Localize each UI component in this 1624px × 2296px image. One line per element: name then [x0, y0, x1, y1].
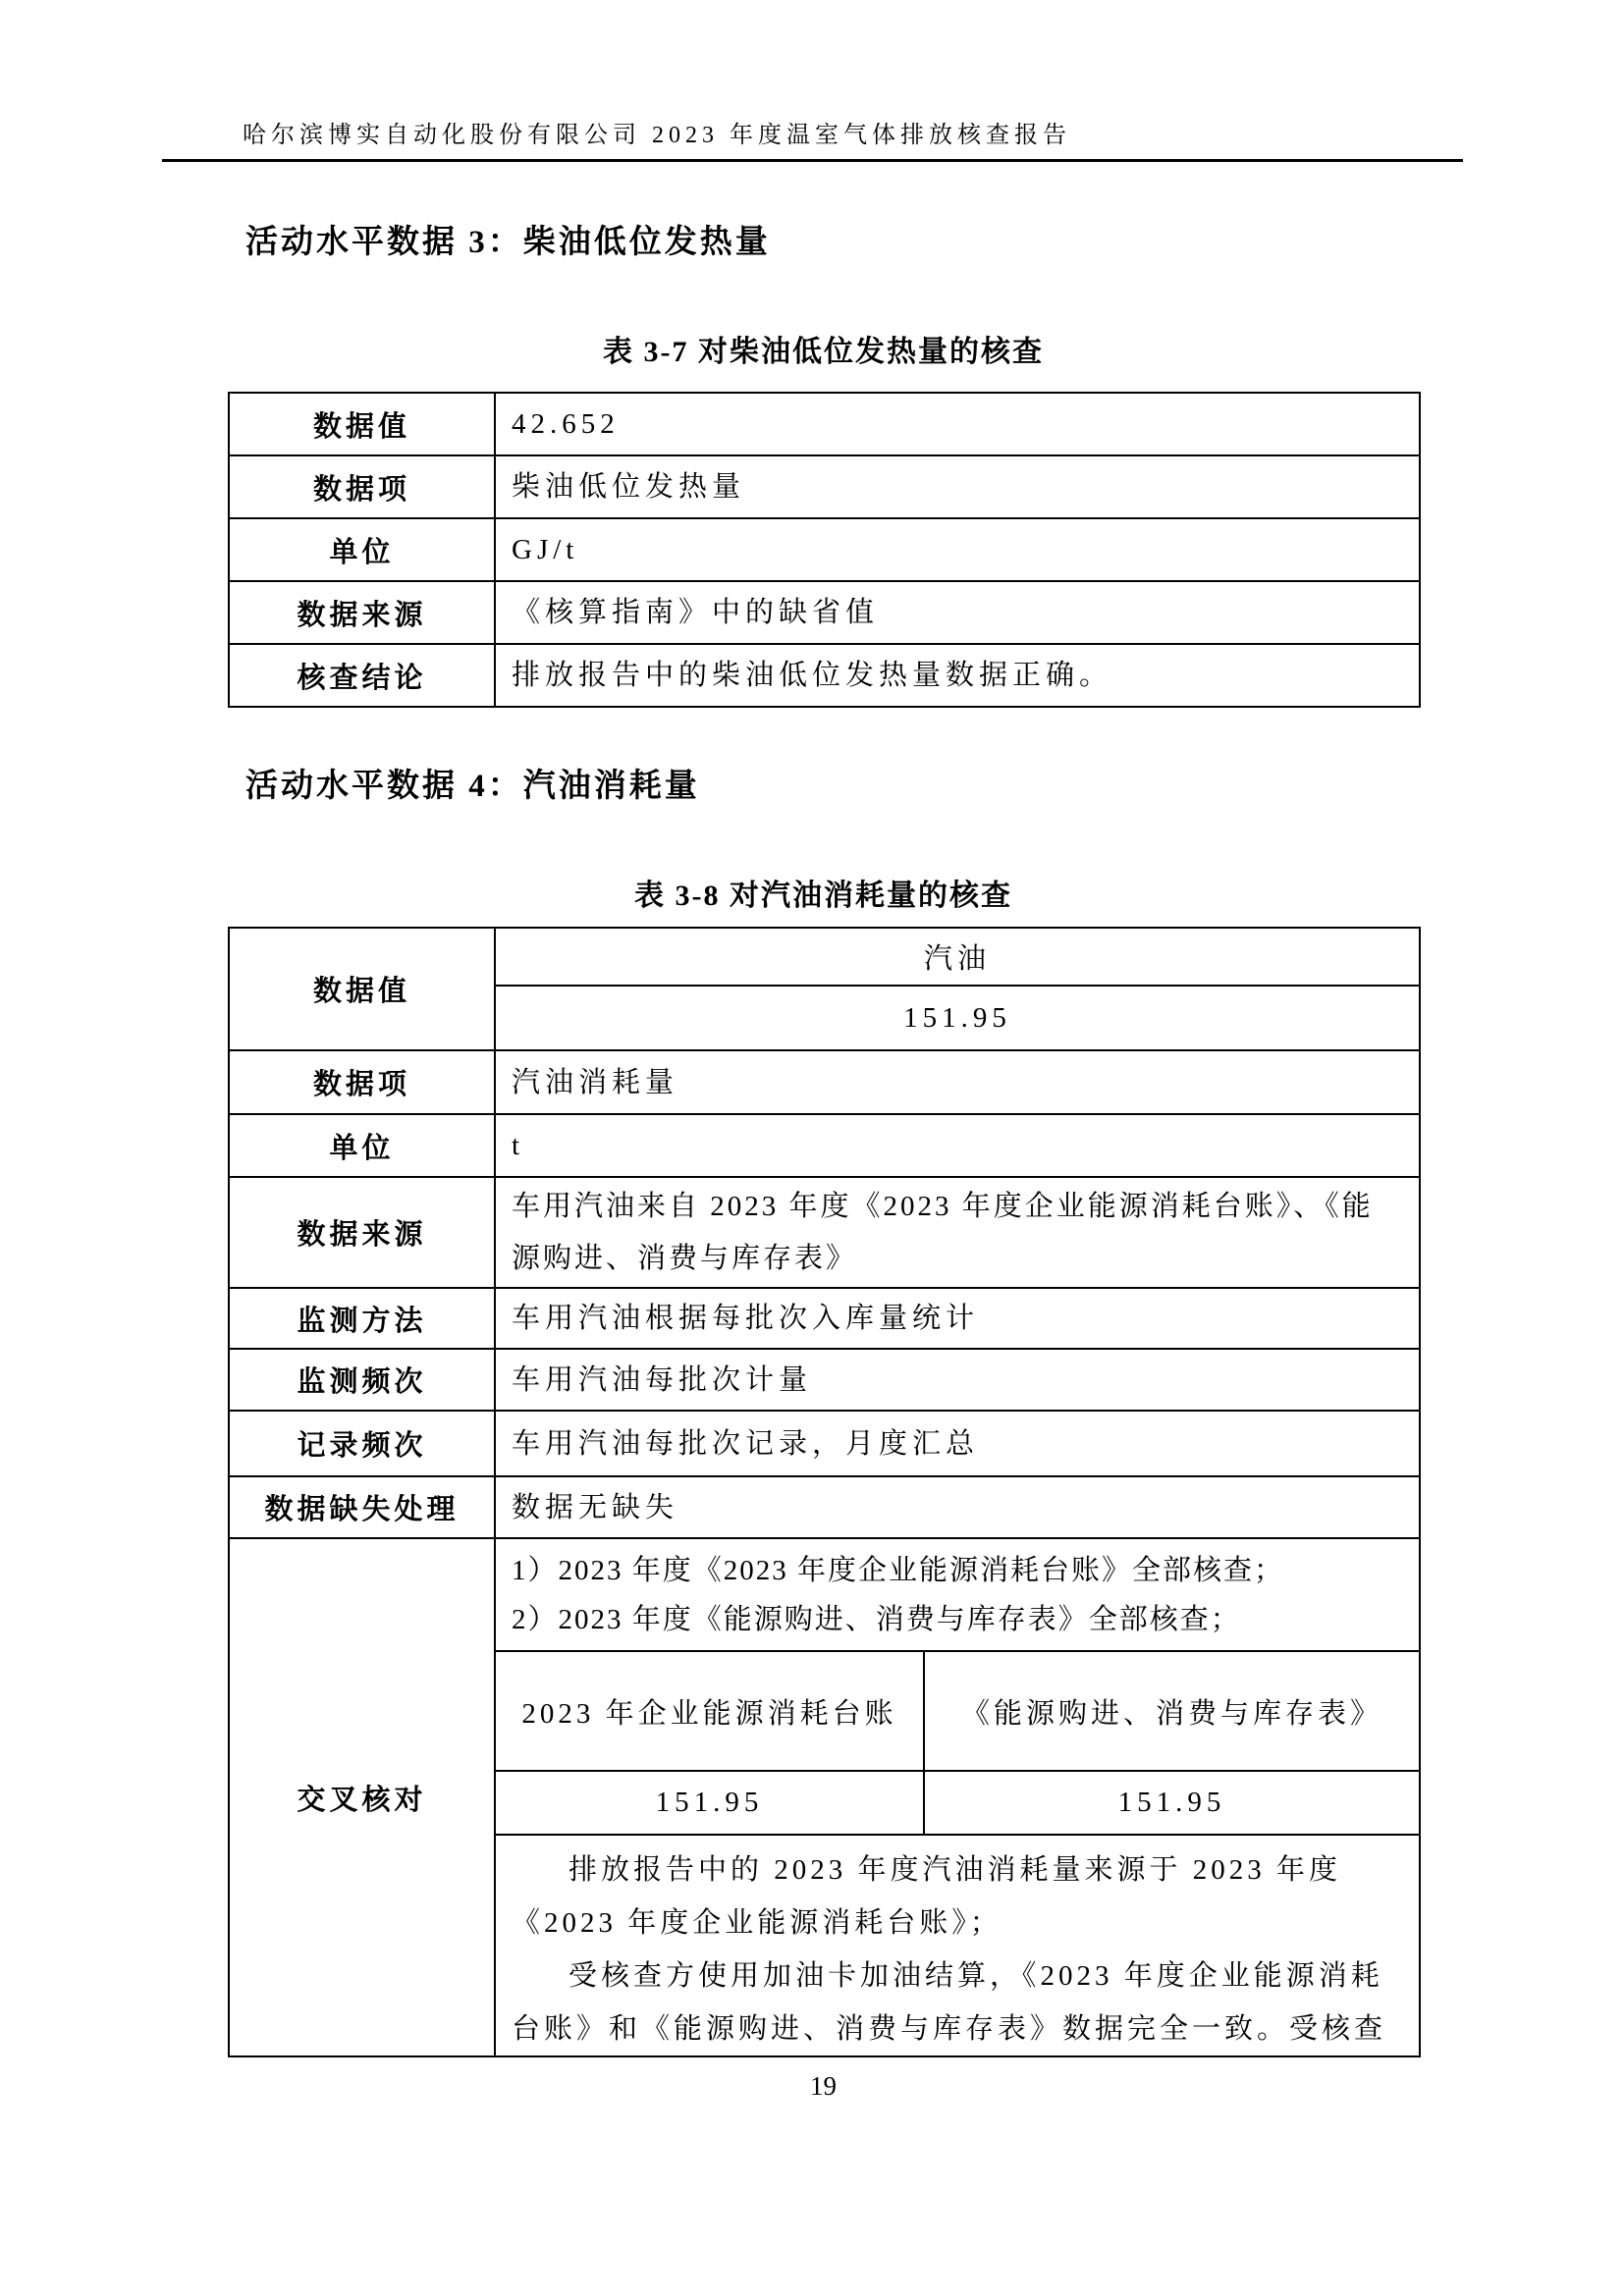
- row-label: 交叉核对: [229, 1538, 495, 2056]
- table-3-7-caption: 表 3-7 对柴油低位发热量的核查: [228, 335, 1419, 370]
- table-row-data-value-fuel: 数据值 汽油: [229, 928, 1420, 986]
- table-row-data-item: 数据项 柴油低位发热量: [229, 455, 1420, 518]
- table-row-conclusion: 核查结论 排放报告中的柴油低位发热量数据正确。: [229, 644, 1420, 707]
- table-row-missing-data: 数据缺失处理 数据无缺失: [229, 1476, 1420, 1538]
- row-value: 车用汽油每批次记录，月度汇总: [495, 1411, 1420, 1476]
- cross-check-col1-header: 2023 年企业能源消耗台账: [495, 1651, 924, 1771]
- table-row-record-frequency: 记录频次 车用汽油每批次记录，月度汇总: [229, 1411, 1420, 1476]
- table-row-unit: 单位 t: [229, 1114, 1420, 1177]
- cross-check-col2-value: 151.95: [924, 1771, 1420, 1835]
- row-label: 单位: [229, 518, 495, 581]
- table-row-cross-check-intro: 交叉核对 1）2023 年度《2023 年度企业能源消耗台账》全部核查； 2）2…: [229, 1538, 1420, 1651]
- page-header: 哈尔滨博实自动化股份有限公司 2023 年度温室气体排放核查报告: [162, 0, 1463, 162]
- row-value: 数据无缺失: [495, 1476, 1420, 1538]
- row-label: 记录频次: [229, 1411, 495, 1476]
- row-label: 核查结论: [229, 644, 495, 707]
- page-number: 19: [228, 2071, 1419, 2102]
- row-value: GJ/t: [495, 518, 1420, 581]
- row-label: 单位: [229, 1114, 495, 1177]
- table-row-unit: 单位 GJ/t: [229, 518, 1420, 581]
- table-row-data-item: 数据项 汽油消耗量: [229, 1050, 1420, 1114]
- cross-check-intro: 1）2023 年度《2023 年度企业能源消耗台账》全部核查； 2）2023 年…: [495, 1538, 1420, 1651]
- table-row-monitoring-frequency: 监测频次 车用汽油每批次计量: [229, 1349, 1420, 1411]
- cross-check-col2-header: 《能源购进、消费与库存表》: [924, 1651, 1420, 1771]
- row-value: 排放报告中的柴油低位发热量数据正确。: [495, 644, 1420, 707]
- conclusion-paragraph-1: 排放报告中的 2023 年度汽油消耗量来源于 2023 年度 《2023 年度企…: [512, 1843, 1403, 1949]
- table-row-data-value: 数据值 42.652: [229, 393, 1420, 455]
- row-label: 数据来源: [229, 581, 495, 644]
- table-3-7: 数据值 42.652 数据项 柴油低位发热量 单位 GJ/t 数据来源 《核算指…: [228, 392, 1421, 708]
- table-row-monitoring-method: 监测方法 车用汽油根据每批次入库量统计: [229, 1288, 1420, 1349]
- row-label: 监测频次: [229, 1349, 495, 1411]
- table-3-8-caption: 表 3-8 对汽油消耗量的核查: [228, 879, 1419, 914]
- row-label: 数据项: [229, 1050, 495, 1114]
- row-value: 柴油低位发热量: [495, 455, 1420, 518]
- table-3-8: 数据值 汽油 151.95 数据项 汽油消耗量 单位 t 数据来源 车用汽油来自…: [228, 927, 1421, 2057]
- cross-check-conclusion: 排放报告中的 2023 年度汽油消耗量来源于 2023 年度 《2023 年度企…: [495, 1835, 1420, 2056]
- table-row-data-source: 数据来源 《核算指南》中的缺省值: [229, 581, 1420, 644]
- document-page: 哈尔滨博实自动化股份有限公司 2023 年度温室气体排放核查报告 活动水平数据 …: [0, 0, 1624, 2296]
- row-value: 42.652: [495, 393, 1420, 455]
- row-label: 监测方法: [229, 1288, 495, 1349]
- row-value: 车用汽油来自 2023 年度《2023 年度企业能源消耗台账》、《能 源购进、消…: [495, 1177, 1420, 1288]
- row-value: t: [495, 1114, 1420, 1177]
- row-value: 汽油消耗量: [495, 1050, 1420, 1114]
- section-heading-diesel: 活动水平数据 3：柴油低位发热量: [245, 223, 1624, 262]
- row-label: 数据项: [229, 455, 495, 518]
- section-heading-gasoline: 活动水平数据 4：汽油消耗量: [245, 767, 1624, 806]
- row-label: 数据来源: [229, 1177, 495, 1288]
- row-label: 数据缺失处理: [229, 1476, 495, 1538]
- row-value: 《核算指南》中的缺省值: [495, 581, 1420, 644]
- cross-check-item-2: 2）2023 年度《能源购进、消费与库存表》全部核查；: [512, 1595, 1419, 1644]
- row-value: 车用汽油根据每批次入库量统计: [495, 1288, 1420, 1349]
- row-value: 车用汽油每批次计量: [495, 1349, 1420, 1411]
- table-row-data-source: 数据来源 车用汽油来自 2023 年度《2023 年度企业能源消耗台账》、《能 …: [229, 1177, 1420, 1288]
- cross-check-item-1: 1）2023 年度《2023 年度企业能源消耗台账》全部核查；: [512, 1546, 1419, 1595]
- row-label: 数据值: [229, 928, 495, 1050]
- fuel-amount: 151.95: [495, 986, 1420, 1050]
- conclusion-paragraph-2: 受核查方使用加油卡加油结算，《2023 年度企业能源消耗 台账》和《能源购进、消…: [512, 1949, 1403, 2056]
- fuel-type: 汽油: [495, 928, 1420, 986]
- cross-check-col1-value: 151.95: [495, 1771, 924, 1835]
- row-label: 数据值: [229, 393, 495, 455]
- header-title: 哈尔滨博实自动化股份有限公司 2023 年度温室气体排放核查报告: [243, 121, 1463, 150]
